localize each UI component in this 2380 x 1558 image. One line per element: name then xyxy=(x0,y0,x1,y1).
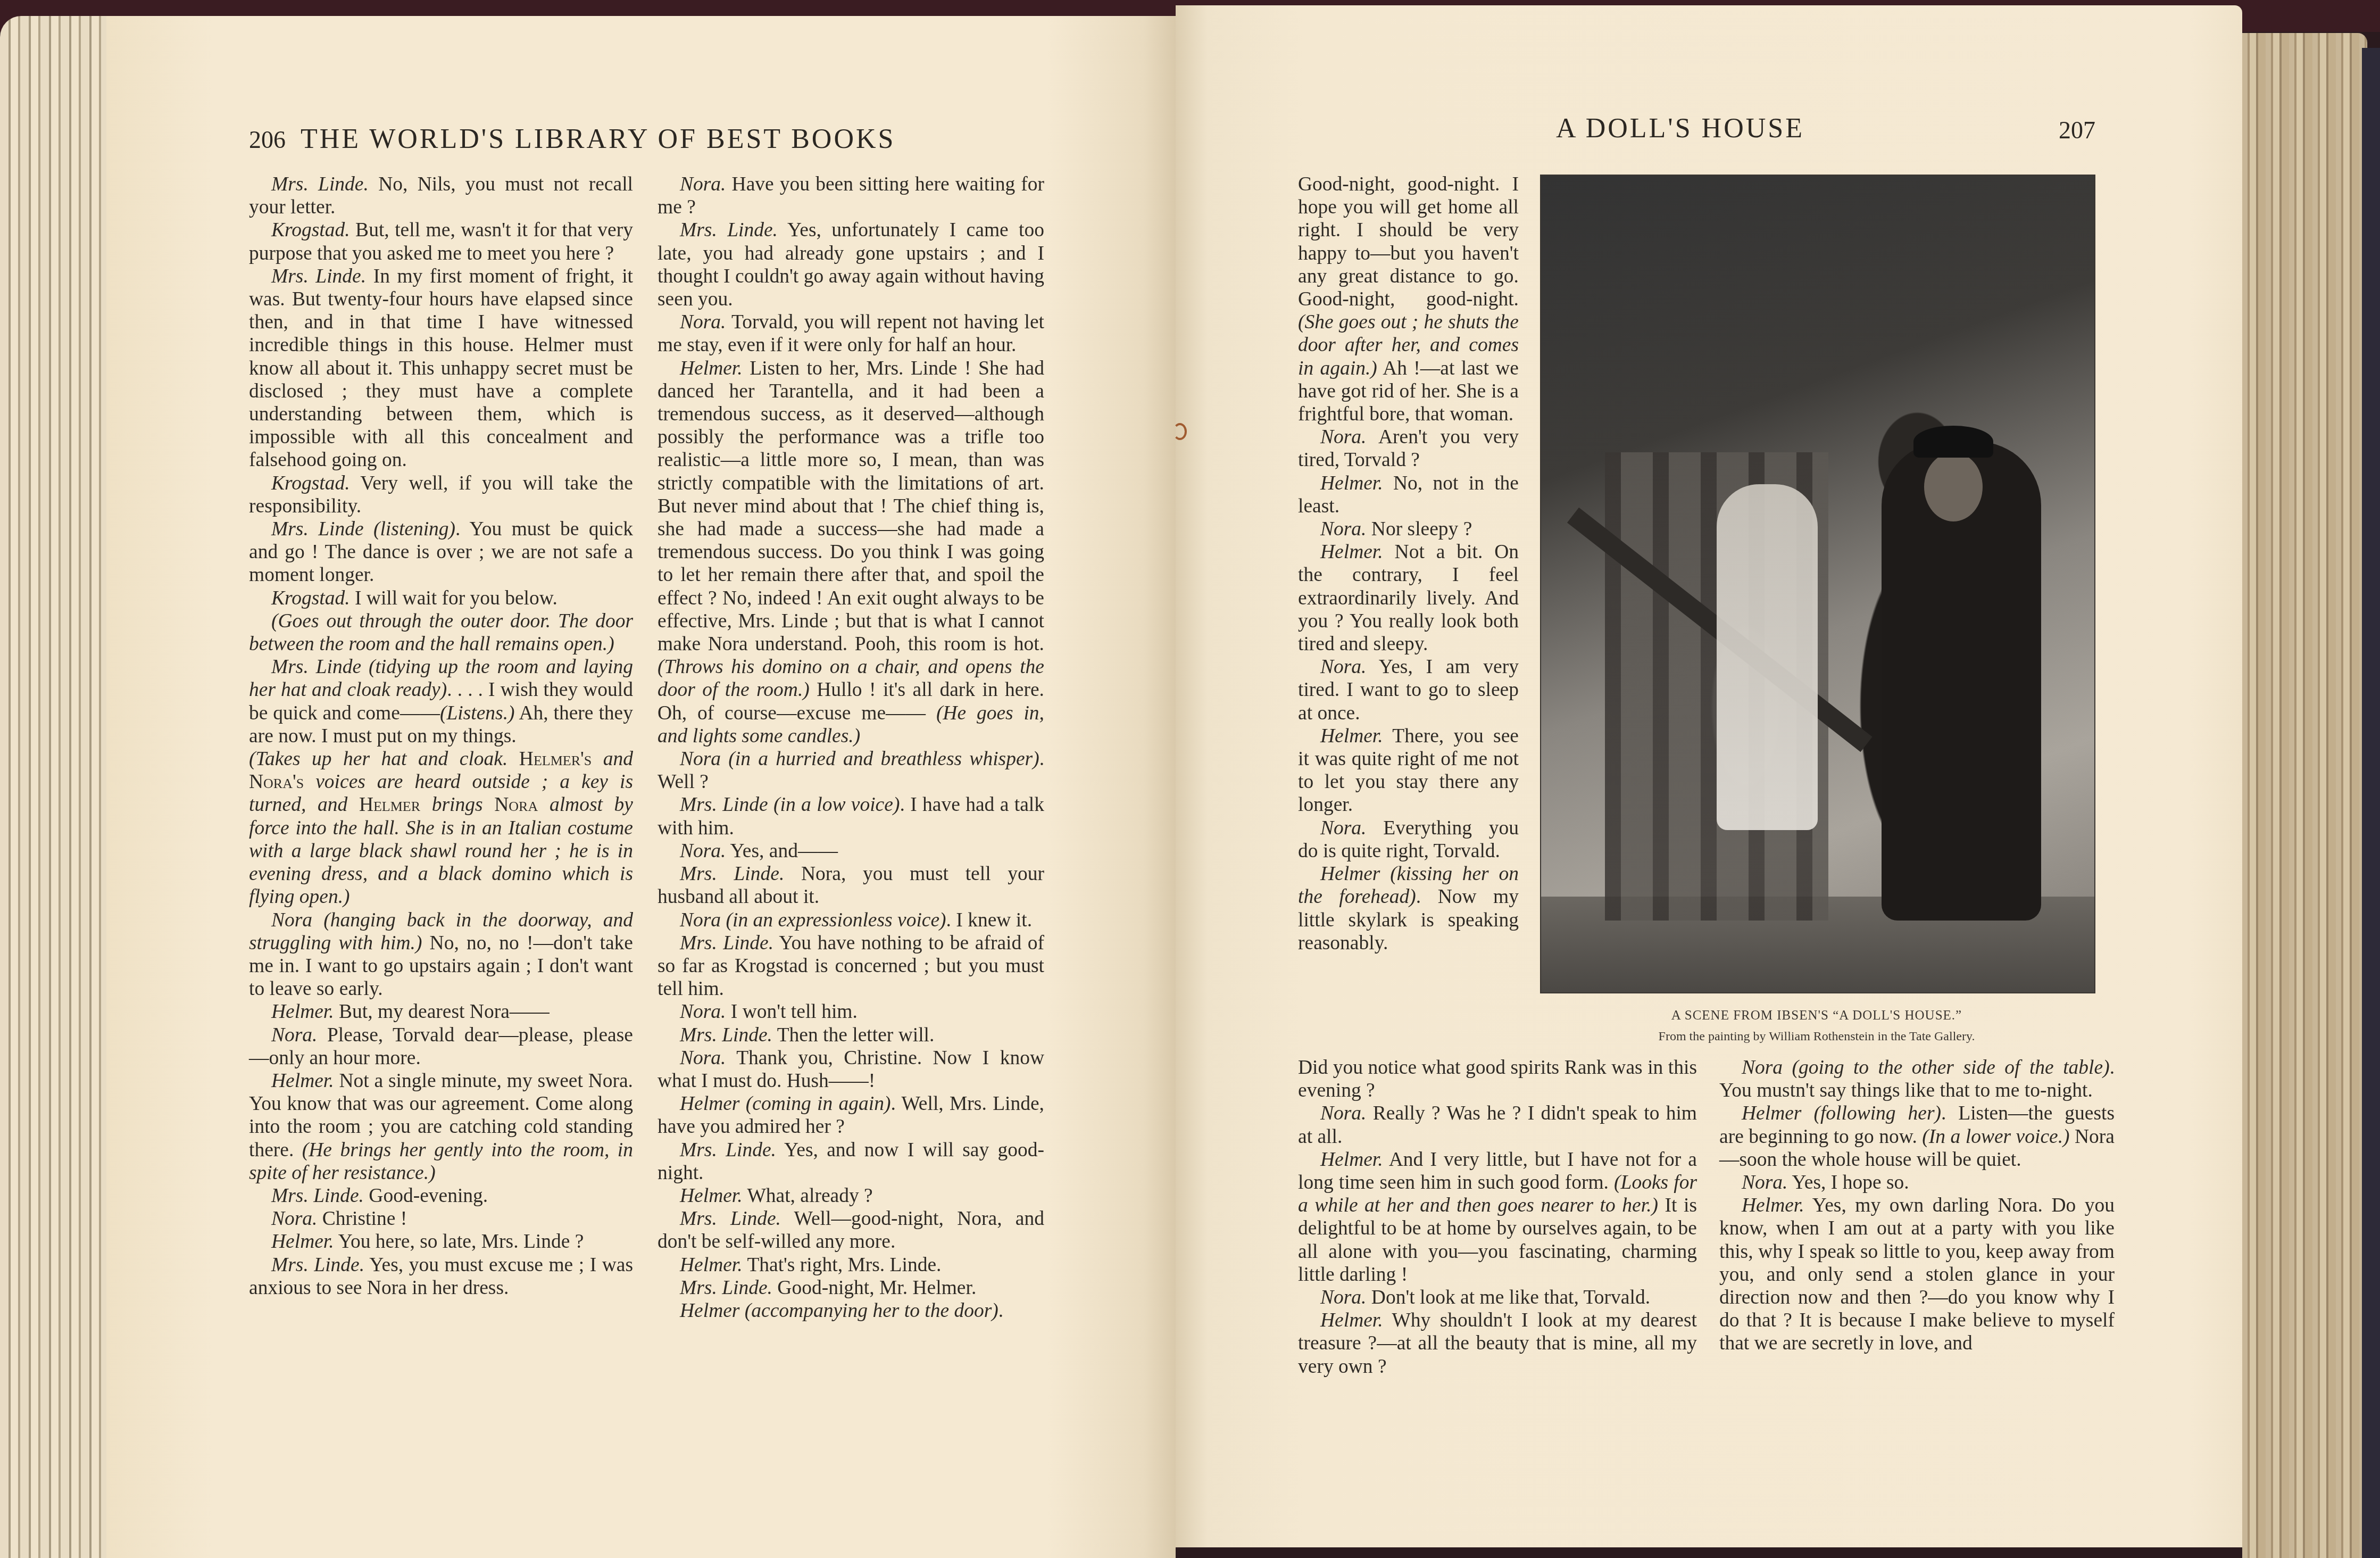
stage-direction: (following her) xyxy=(1801,1103,1941,1124)
left-column-2: Nora. Have you been sitting here waiting… xyxy=(658,173,1044,1322)
left-column-1: Mrs. Linde. No, Nils, you must not recal… xyxy=(249,173,633,1299)
dialogue-paragraph: Mrs. Linde (tidying up the room and layi… xyxy=(249,656,633,748)
dialogue-paragraph: Nora. Don't look at me like that, Torval… xyxy=(1298,1286,1697,1309)
dialogue-paragraph: (Goes out through the outer door. The do… xyxy=(249,610,633,656)
dialogue-paragraph: Helmer. No, not in the least. xyxy=(1298,472,1519,518)
stage-direction: (listening) xyxy=(364,518,456,540)
speaker-name: Helmer. xyxy=(680,358,743,379)
dialogue-text: Good-night, good-night. I hope you will … xyxy=(1298,173,1519,310)
speaker-name: Nora. xyxy=(1320,1287,1366,1308)
dialogue-paragraph: Krogstad. I will wait for you below. xyxy=(249,587,633,610)
dialogue-paragraph: Nora. Really ? Was he ? I didn't speak t… xyxy=(1298,1102,1697,1148)
speaker-name: Mrs. Linde xyxy=(680,794,768,816)
speaker-name: Mrs. Linde xyxy=(271,518,364,540)
left-page-edges xyxy=(0,16,122,1558)
dialogue-paragraph: Nora. Please, Torvald dear—please, pleas… xyxy=(249,1024,633,1070)
speaker-name: Helmer. xyxy=(680,1185,743,1207)
dialogue-text: In my first moment of fright, it was. Bu… xyxy=(249,266,633,471)
figure-woman xyxy=(1717,484,1818,830)
dialogue-paragraph: Mrs. Linde. In my first moment of fright… xyxy=(249,265,633,472)
stage-direction: (in a hurried and breathless whisper) xyxy=(721,748,1039,770)
dialogue-paragraph: Good-night, good-night. I hope you will … xyxy=(1298,173,1519,426)
speaker-name: Mrs. Linde. xyxy=(271,173,369,195)
left-running-head: 206THE WORLD'S LIBRARY OF BEST BOOKS xyxy=(249,123,895,155)
dialogue-text: Did you notice what good spirits Rank wa… xyxy=(1298,1057,1697,1101)
left-page-number: 206 xyxy=(249,126,286,153)
dialogue-text: Good-evening. xyxy=(364,1185,488,1207)
dialogue-paragraph: Helmer (accompanying her to the door). xyxy=(658,1299,1044,1322)
stage-direction: (going to the other side of the table) xyxy=(1783,1057,2110,1079)
dialogue-paragraph: Mrs. Linde (listening). You must be quic… xyxy=(249,518,633,587)
thread-mark xyxy=(1173,423,1187,440)
stage-direction: (He brings her gently into the room, in … xyxy=(249,1139,633,1184)
dialogue-paragraph: Helmer. But, my dearest Nora—— xyxy=(249,1000,633,1023)
dialogue-paragraph: Helmer. You here, so late, Mrs. Linde ? xyxy=(249,1230,633,1253)
dialogue-paragraph: Helmer. There, you see it was quite righ… xyxy=(1298,725,1519,817)
figure-man-face xyxy=(1924,452,1983,521)
speaker-name: Nora. xyxy=(271,1024,317,1046)
dialogue-paragraph: Mrs. Linde. Yes, you must excuse me ; I … xyxy=(249,1254,633,1299)
dialogue-paragraph: Helmer. And I very little, but I have no… xyxy=(1298,1148,1697,1286)
dialogue-text: I won't tell him. xyxy=(726,1001,857,1023)
dialogue-text: Then the letter will. xyxy=(772,1024,934,1046)
dialogue-paragraph: Helmer. What, already ? xyxy=(658,1184,1044,1207)
speaker-name: Krogstad. xyxy=(271,473,350,494)
dialogue-text: I will wait for you below. xyxy=(350,587,557,609)
speaker-name: Helmer. xyxy=(1320,541,1383,563)
dialogue-paragraph: Mrs. Linde. Well—good-night, Nora, and d… xyxy=(658,1207,1044,1253)
dialogue-paragraph: Mrs. Linde. Yes, unfortunately I came to… xyxy=(658,219,1044,311)
speaker-name: Nora. xyxy=(680,311,726,333)
speaker-name: Mrs. Linde. xyxy=(680,1024,772,1046)
character-name-smallcaps: Nora xyxy=(494,794,538,816)
dialogue-text: . I knew it. xyxy=(946,909,1032,931)
dialogue-paragraph: Helmer. Listen to her, Mrs. Linde ! She … xyxy=(658,357,1044,748)
figure-caption-title: A SCENE FROM IBSEN'S “A DOLL'S HOUSE.” xyxy=(1540,1008,2093,1023)
stage-direction: (Takes up her hat and cloak. Helmer's an… xyxy=(249,748,633,908)
speaker-name: Nora. xyxy=(1320,518,1366,540)
dialogue-text: You here, so late, Mrs. Linde ? xyxy=(334,1231,584,1253)
dialogue-text: Don't look at me like that, Torvald. xyxy=(1366,1287,1650,1308)
right-page-edges xyxy=(2242,33,2367,1558)
right-running-title: A DOLL'S HOUSE xyxy=(1556,113,1804,144)
stage-direction: (accompanying her to the door) xyxy=(739,1300,998,1322)
dialogue-paragraph: Krogstad. But, tell me, wasn't it for th… xyxy=(249,219,633,264)
dialogue-text: . xyxy=(998,1300,1003,1322)
dialogue-paragraph: Nora (going to the other side of the tab… xyxy=(1719,1056,2115,1102)
speaker-name: Helmer. xyxy=(271,1231,334,1253)
dialogue-paragraph: Helmer. Yes, my own darling Nora. Do you… xyxy=(1719,1194,2115,1355)
speaker-name: Helmer xyxy=(1742,1103,1801,1124)
stage-direction: (Listens.) xyxy=(440,702,515,724)
character-name-smallcaps: Nora's xyxy=(249,771,304,793)
speaker-name: Mrs. Linde. xyxy=(680,863,784,885)
speaker-name: Nora xyxy=(1742,1057,1783,1079)
dialogue-text: Good-night, Mr. Helmer. xyxy=(772,1277,976,1299)
speaker-name: Mrs. Linde. xyxy=(271,1254,364,1276)
dialogue-paragraph: Helmer. Not a bit. On the contrary, I fe… xyxy=(1298,541,1519,656)
speaker-name: Nora xyxy=(680,909,721,931)
stage-direction: (Goes out through the outer door. The do… xyxy=(249,610,633,655)
dialogue-paragraph: Mrs. Linde (in a low voice). I have had … xyxy=(658,793,1044,839)
speaker-name: Mrs. Linde xyxy=(271,656,361,678)
dialogue-paragraph: Nora. Everything you do is quite right, … xyxy=(1298,817,1519,863)
right-page-number: 207 xyxy=(2059,116,2095,144)
left-running-title: THE WORLD'S LIBRARY OF BEST BOOKS xyxy=(301,124,895,154)
dialogue-paragraph: Nora. I won't tell him. xyxy=(658,1000,1044,1023)
dialogue-paragraph: Mrs. Linde. Then the letter will. xyxy=(658,1024,1044,1047)
dialogue-text: Christine ! xyxy=(317,1208,407,1230)
character-name-smallcaps: Helmer's xyxy=(519,748,592,770)
painting-illustration xyxy=(1540,175,2095,993)
dialogue-paragraph: Nora. Have you been sitting here waiting… xyxy=(658,173,1044,219)
speaker-name: Helmer. xyxy=(1320,1310,1383,1331)
speaker-name: Helmer. xyxy=(271,1001,334,1023)
dialogue-paragraph: Nora. Nor sleepy ? xyxy=(1298,518,1519,541)
dialogue-paragraph: Nora. Yes, and—— xyxy=(658,840,1044,863)
speaker-name: Mrs. Linde. xyxy=(680,932,773,954)
dialogue-paragraph: Mrs. Linde. Good-evening. xyxy=(249,1184,633,1207)
speaker-name: Nora. xyxy=(1742,1172,1787,1194)
dialogue-text: Yes, and—— xyxy=(726,840,837,862)
speaker-name: Helmer xyxy=(680,1093,739,1115)
speaker-name: Nora. xyxy=(680,173,726,195)
dialogue-paragraph: Nora (hanging back in the doorway, and s… xyxy=(249,909,633,1001)
dialogue-text: Listen to her, Mrs. Linde ! She had danc… xyxy=(658,358,1044,655)
dialogue-paragraph: Helmer. Not a single minute, my sweet No… xyxy=(249,1070,633,1184)
right-bottom-column-1: Did you notice what good spirits Rank wa… xyxy=(1298,1056,1697,1378)
dialogue-paragraph: Nora. Yes, I am very tired. I want to go… xyxy=(1298,656,1519,725)
dialogue-paragraph: Mrs. Linde. No, Nils, you must not recal… xyxy=(249,173,633,219)
speaker-name: Mrs. Linde. xyxy=(680,1277,772,1299)
speaker-name: Krogstad. xyxy=(271,587,350,609)
speaker-name: Nora. xyxy=(1320,426,1366,448)
dialogue-paragraph: Helmer (coming in again). Well, Mrs. Lin… xyxy=(658,1092,1044,1138)
dialogue-paragraph: Nora. Thank you, Christine. Now I know w… xyxy=(658,1047,1044,1092)
speaker-name: Helmer. xyxy=(1320,1149,1383,1171)
stage-direction: (in an expressionless voice) xyxy=(721,909,946,931)
speaker-name: Nora. xyxy=(680,1001,726,1023)
speaker-name: Helmer. xyxy=(680,1254,743,1276)
speaker-name: Krogstad. xyxy=(271,219,350,241)
dialogue-paragraph: Helmer. That's right, Mrs. Linde. xyxy=(658,1254,1044,1277)
figure-caption-credit: From the painting by William Rothenstein… xyxy=(1540,1030,2093,1044)
dialogue-paragraph: Nora. Aren't you very tired, Torvald ? xyxy=(1298,426,1519,471)
dialogue-text: But, my dearest Nora—— xyxy=(334,1001,550,1023)
dialogue-paragraph: Mrs. Linde. Good-night, Mr. Helmer. xyxy=(658,1277,1044,1299)
dialogue-paragraph: Mrs. Linde. You have nothing to be afrai… xyxy=(658,932,1044,1001)
speaker-name: Helmer. xyxy=(271,1070,334,1092)
dialogue-paragraph: Nora. Yes, I hope so. xyxy=(1719,1171,2115,1194)
book-cover-edge xyxy=(2362,48,2380,1558)
dialogue-paragraph: Helmer (following her). Listen—the guest… xyxy=(1719,1102,2115,1171)
dialogue-paragraph: Mrs. Linde. Yes, and now I will say good… xyxy=(658,1139,1044,1184)
speaker-name: Helmer xyxy=(1320,863,1380,885)
speaker-name: Nora xyxy=(680,748,721,770)
speaker-name: Nora. xyxy=(1320,817,1366,839)
figure-hat xyxy=(1913,426,1993,458)
speaker-name: Nora. xyxy=(1320,656,1366,678)
dialogue-text: What, already ? xyxy=(743,1185,873,1207)
dialogue-paragraph: Helmer. Why shouldn't I look at my deare… xyxy=(1298,1309,1697,1378)
stage-direction: (in a low voice) xyxy=(768,794,900,816)
right-narrow-column: Good-night, good-night. I hope you will … xyxy=(1298,173,1519,955)
speaker-name: Mrs. Linde. xyxy=(680,219,778,241)
dialogue-text: Yes, my own darling Nora. Do you know, w… xyxy=(1719,1195,2115,1354)
dialogue-text: Yes, I hope so. xyxy=(1787,1172,1909,1194)
dialogue-paragraph: Nora (in a hurried and breathless whispe… xyxy=(658,748,1044,793)
speaker-name: Nora xyxy=(271,909,312,931)
speaker-name: Mrs. Linde. xyxy=(271,1185,364,1207)
speaker-name: Nora. xyxy=(271,1208,317,1230)
dialogue-text: That's right, Mrs. Linde. xyxy=(743,1254,942,1276)
speaker-name: Nora. xyxy=(680,840,726,862)
speaker-name: Helmer. xyxy=(1320,473,1383,494)
dialogue-paragraph: Helmer (kissing her on the forehead). No… xyxy=(1298,863,1519,955)
dialogue-paragraph: Krogstad. Very well, if you will take th… xyxy=(249,472,633,518)
speaker-name: Mrs. Linde. xyxy=(680,1139,776,1161)
speaker-name: Mrs. Linde. xyxy=(271,266,366,287)
dialogue-paragraph: (Takes up her hat and cloak. Helmer's an… xyxy=(249,748,633,908)
dialogue-paragraph: Did you notice what good spirits Rank wa… xyxy=(1298,1056,1697,1102)
dialogue-text: Nor sleepy ? xyxy=(1366,518,1472,540)
right-bottom-column-2: Nora (going to the other side of the tab… xyxy=(1719,1056,2115,1355)
speaker-name: Helmer. xyxy=(1742,1195,1804,1216)
dialogue-paragraph: Nora. Christine ! xyxy=(249,1207,633,1230)
speaker-name: Nora. xyxy=(680,1047,726,1069)
speaker-name: Helmer xyxy=(680,1300,739,1322)
dialogue-paragraph: Nora. Torvald, you will repent not havin… xyxy=(658,311,1044,357)
character-name-smallcaps: Helmer xyxy=(359,794,420,816)
stage-direction: (coming in again) xyxy=(739,1093,891,1115)
speaker-name: Nora. xyxy=(1320,1103,1366,1124)
dialogue-paragraph: Mrs. Linde. Nora, you must tell your hus… xyxy=(658,863,1044,908)
dialogue-paragraph: Nora (in an expressionless voice). I kne… xyxy=(658,909,1044,932)
speaker-name: Helmer. xyxy=(1320,725,1383,747)
speaker-name: Mrs. Linde. xyxy=(680,1208,781,1230)
stage-direction: (In a lower voice.) xyxy=(1917,1126,2070,1148)
